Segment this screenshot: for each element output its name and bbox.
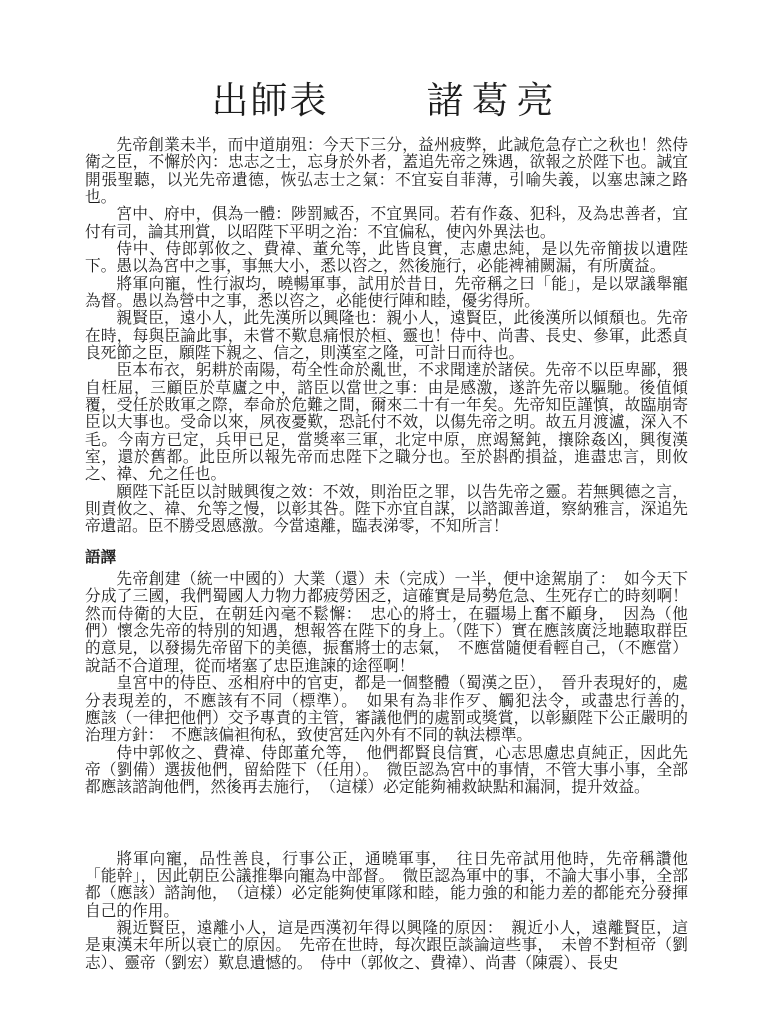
original-paragraph-3: 侍中、侍郎郭攸之、費禕、董允等，此皆良實，志慮忠純，是以先帝簡拔以遺陛下。愚以為…: [85, 240, 688, 275]
translation-paragraph-3: 侍中郭攸之、費禕、侍郎董允等， 他們都賢良信實，心志思慮忠貞純正，因此先帝（劉備…: [85, 744, 688, 796]
paragraph-gap: [85, 796, 688, 850]
translation-paragraph-4: 將軍向寵，品性善良，行事公正，通曉軍事， 往日先帝試用他時，先帝稱讚他「能幹」，…: [85, 850, 688, 919]
original-text-section: 先帝創業未半，而中道崩殂：今天下三分，益州疲弊，此誠危急存亡之秋也！然侍衛之臣，…: [85, 136, 688, 535]
translation-paragraph-5: 親近賢臣，遠離小人，這是西漢初年得以興隆的原因： 親近小人，遠離賢臣，這是東漢末…: [85, 919, 688, 971]
document-title-row: 出師表 諸葛亮: [85, 82, 688, 121]
original-paragraph-7: 願陛下託臣以討賊興復之效：不效，則治臣之罪，以告先帝之靈。若無興德之言，則責攸之…: [85, 483, 688, 535]
translation-heading: 語譯: [85, 548, 688, 565]
translation-paragraph-1: 先帝創建（統一中國的）大業（還）未（完成）一半，便中途駕崩了： 如今天下分成了三…: [85, 570, 688, 674]
original-paragraph-2: 宮中、府中，俱為一體：陟罰臧否，不宜異同。若有作姦、犯科，及為忠善者，宜付有司，…: [85, 205, 688, 240]
original-paragraph-4: 將軍向寵，性行淑均，曉暢軍事，試用於昔日，先帝稱之曰「能」，是以眾議舉寵為督。愚…: [85, 275, 688, 310]
document-page: 出師表 諸葛亮 先帝創業未半，而中道崩殂：今天下三分，益州疲弊，此誠危急存亡之秋…: [0, 0, 768, 1024]
document-author: 諸葛亮: [427, 82, 562, 121]
translation-paragraph-2: 皇宮中的侍臣、丞相府中的官吏，都是一個整體（蜀漢之臣）， 晉升表現好的，處分表現…: [85, 674, 688, 743]
document-title: 出師表: [212, 82, 329, 121]
original-paragraph-1: 先帝創業未半，而中道崩殂：今天下三分，益州疲弊，此誠危急存亡之秋也！然侍衛之臣，…: [85, 136, 688, 205]
translation-section: 語譯 先帝創建（統一中國的）大業（還）未（完成）一半，便中途駕崩了： 如今天下分…: [85, 548, 688, 971]
original-paragraph-6: 臣本布衣，躬耕於南陽，苟全性命於亂世，不求聞達於諸侯。先帝不以臣卑鄙，猥自枉屈，…: [85, 361, 688, 482]
original-paragraph-5: 親賢臣，遠小人，此先漢所以興隆也：親小人，遠賢臣，此後漢所以傾頹也。先帝在時，每…: [85, 309, 688, 361]
